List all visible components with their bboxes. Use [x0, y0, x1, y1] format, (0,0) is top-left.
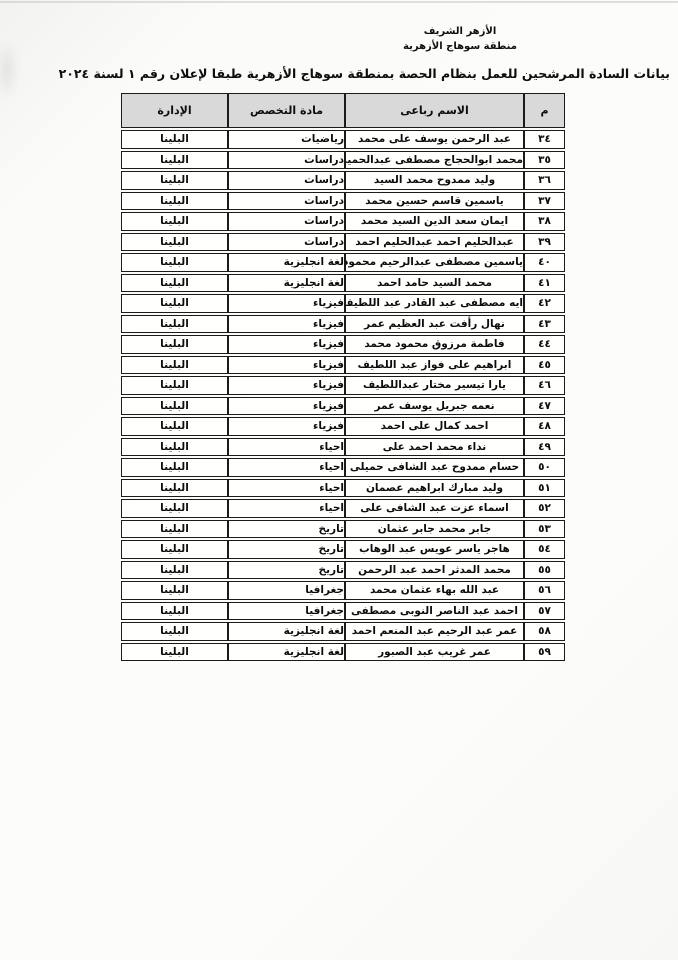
subject-cell: جغرافيا: [228, 581, 345, 600]
table-row: ٥٩ عمر غريب عبد الصبور لغة انجليزية البل…: [121, 643, 565, 662]
district-cell: البلينا: [121, 438, 228, 457]
serial-cell: ٤٩: [524, 438, 565, 457]
district-cell: البلينا: [121, 151, 228, 170]
table-row: ٥٥ محمد المدثر احمد عبد الرحمن تاريخ الب…: [121, 561, 565, 580]
table-row: ٤٩ نداء محمد احمد على احياء البلينا: [121, 438, 565, 457]
subject-cell: لغة انجليزية: [228, 274, 345, 293]
name-cell: عبدالحليم احمد عبدالحليم احمد: [345, 233, 524, 252]
subject-cell: تاريخ: [228, 520, 345, 539]
serial-cell: ٣٥: [524, 151, 565, 170]
district-cell: البلينا: [121, 417, 228, 436]
serial-cell: ٤٠: [524, 253, 565, 272]
subject-cell: رياضيات: [228, 130, 345, 149]
district-cell: البلينا: [121, 335, 228, 354]
name-cell: اسماء عزت عبد الشافى على: [345, 499, 524, 518]
table-row: ٥٣ جابر محمد جابر عثمان تاريخ البلينا: [121, 520, 565, 539]
table-row: ٥٢ اسماء عزت عبد الشافى على احياء البلين…: [121, 499, 565, 518]
name-cell: نعمه جبريل يوسف عمر: [345, 397, 524, 416]
district-cell: البلينا: [121, 458, 228, 477]
subject-cell: دراسات: [228, 212, 345, 231]
serial-cell: ٥٤: [524, 540, 565, 559]
serial-cell: ٤١: [524, 274, 565, 293]
district-cell: البلينا: [121, 581, 228, 600]
subject-cell: لغة انجليزية: [228, 253, 345, 272]
subject-cell: احياء: [228, 479, 345, 498]
name-cell: ابراهيم على فواز عبد اللطيف: [345, 356, 524, 375]
district-cell: البلينا: [121, 561, 228, 580]
table-row: ٤٢ ايه مصطفى عبد القادر عبد اللطيف فيزيا…: [121, 294, 565, 313]
name-cell: هاجر ياسر عويس عبد الوهاب: [345, 540, 524, 559]
table-row: ٥٨ عمر عبد الرحيم عبد المنعم احمد لغة ان…: [121, 622, 565, 641]
district-cell: البلينا: [121, 192, 228, 211]
name-cell: نداء محمد احمد على: [345, 438, 524, 457]
name-cell: جابر محمد جابر عثمان: [345, 520, 524, 539]
candidates-table: م الاسم رباعى مادة التخصص الإدارة ٣٤ عبد…: [121, 91, 565, 663]
table-row: ٣٤ عبد الرحمن يوسف على محمد رياضيات البل…: [121, 130, 565, 149]
name-cell: وليد ممدوح محمد السيد: [345, 171, 524, 190]
subject-cell: فيزياء: [228, 376, 345, 395]
district-cell: البلينا: [121, 212, 228, 231]
serial-cell: ٥٠: [524, 458, 565, 477]
table-row: ٣٦ وليد ممدوح محمد السيد دراسات البلينا: [121, 171, 565, 190]
name-cell: عبد الرحمن يوسف على محمد: [345, 130, 524, 149]
table-row: ٤٨ احمد كمال على احمد فيزياء البلينا: [121, 417, 565, 436]
column-header-subject: مادة التخصص: [228, 93, 345, 128]
name-cell: ياسمين قاسم حسين محمد: [345, 192, 524, 211]
column-header-district: الإدارة: [121, 93, 228, 128]
district-cell: البلينا: [121, 520, 228, 539]
table-row: ٥٤ هاجر ياسر عويس عبد الوهاب تاريخ البلي…: [121, 540, 565, 559]
district-cell: البلينا: [121, 479, 228, 498]
table-row: ٥٦ عبد الله بهاء عثمان محمد جغرافيا البل…: [121, 581, 565, 600]
name-cell: عمر غريب عبد الصبور: [345, 643, 524, 662]
name-cell: ايه مصطفى عبد القادر عبد اللطيف: [345, 294, 524, 313]
table-row: ٣٥ محمد ابوالحجاج مصطفى عبدالحميد دراسات…: [121, 151, 565, 170]
subject-cell: احياء: [228, 499, 345, 518]
district-cell: البلينا: [121, 315, 228, 334]
scanned-document-page: الأزهر الشريف منطقة سوهاج الأزهرية بيانا…: [0, 0, 678, 960]
serial-cell: ٤٤: [524, 335, 565, 354]
subject-cell: احياء: [228, 438, 345, 457]
serial-cell: ٤٦: [524, 376, 565, 395]
subject-cell: دراسات: [228, 171, 345, 190]
serial-cell: ٤٣: [524, 315, 565, 334]
name-cell: محمد المدثر احمد عبد الرحمن: [345, 561, 524, 580]
serial-cell: ٥٥: [524, 561, 565, 580]
subject-cell: دراسات: [228, 233, 345, 252]
subject-cell: لغة انجليزية: [228, 643, 345, 662]
district-cell: البلينا: [121, 253, 228, 272]
table-row: ٣٨ ايمان سعد الدين السيد محمد دراسات الب…: [121, 212, 565, 231]
serial-cell: ٤٥: [524, 356, 565, 375]
serial-cell: ٥٣: [524, 520, 565, 539]
subject-cell: فيزياء: [228, 315, 345, 334]
serial-cell: ٥٨: [524, 622, 565, 641]
table-row: ٤٥ ابراهيم على فواز عبد اللطيف فيزياء ال…: [121, 356, 565, 375]
document-title: بيانات السادة المرشحين للعمل بنظام الحصة…: [8, 66, 670, 81]
subject-cell: فيزياء: [228, 356, 345, 375]
district-cell: البلينا: [121, 274, 228, 293]
district-cell: البلينا: [121, 622, 228, 641]
serial-cell: ٣٨: [524, 212, 565, 231]
name-cell: يارا تيسير مختار عبداللطيف: [345, 376, 524, 395]
subject-cell: تاريخ: [228, 540, 345, 559]
table-header-row: م الاسم رباعى مادة التخصص الإدارة: [121, 93, 565, 128]
subject-cell: لغة انجليزية: [228, 622, 345, 641]
serial-cell: ٣٧: [524, 192, 565, 211]
name-cell: حسام ممدوح عبد الشافى حميلى: [345, 458, 524, 477]
name-cell: ياسمين مصطفى عبدالرحيم محمود: [345, 253, 524, 272]
region-name: منطقة سوهاج الأزهرية: [378, 39, 542, 54]
table-row: ٤٠ ياسمين مصطفى عبدالرحيم محمود لغة انجل…: [121, 253, 565, 272]
table-row: ٤١ محمد السيد حامد احمد لغة انجليزية الب…: [121, 274, 565, 293]
name-cell: عمر عبد الرحيم عبد المنعم احمد: [345, 622, 524, 641]
column-header-serial: م: [524, 93, 565, 128]
table-row: ٤٤ فاطمة مرزوق محمود محمد فيزياء البلينا: [121, 335, 565, 354]
name-cell: محمد ابوالحجاج مصطفى عبدالحميد: [345, 151, 524, 170]
name-cell: احمد كمال على احمد: [345, 417, 524, 436]
serial-cell: ٥٧: [524, 602, 565, 621]
org-name: الأزهر الشريف: [378, 24, 542, 39]
serial-cell: ٤٢: [524, 294, 565, 313]
table-row: ٤٦ يارا تيسير مختار عبداللطيف فيزياء الب…: [121, 376, 565, 395]
name-cell: ايمان سعد الدين السيد محمد: [345, 212, 524, 231]
name-cell: محمد السيد حامد احمد: [345, 274, 524, 293]
subject-cell: تاريخ: [228, 561, 345, 580]
serial-cell: ٤٧: [524, 397, 565, 416]
subject-cell: فيزياء: [228, 417, 345, 436]
serial-cell: ٥٦: [524, 581, 565, 600]
scan-edge-artifact: [0, 1, 678, 3]
serial-cell: ٣٦: [524, 171, 565, 190]
district-cell: البلينا: [121, 356, 228, 375]
serial-cell: ٥٩: [524, 643, 565, 662]
district-cell: البلينا: [121, 540, 228, 559]
district-cell: البلينا: [121, 294, 228, 313]
table-row: ٤٣ نهال رأفت عبد العظيم عمر فيزياء البلي…: [121, 315, 565, 334]
serial-cell: ٣٤: [524, 130, 565, 149]
district-cell: البلينا: [121, 376, 228, 395]
name-cell: احمد عبد الناصر النوبى مصطفى: [345, 602, 524, 621]
name-cell: نهال رأفت عبد العظيم عمر: [345, 315, 524, 334]
district-cell: البلينا: [121, 499, 228, 518]
table-row: ٥٧ احمد عبد الناصر النوبى مصطفى جغرافيا …: [121, 602, 565, 621]
serial-cell: ٥٢: [524, 499, 565, 518]
name-cell: وليد مبارك ابراهيم عصمان: [345, 479, 524, 498]
name-cell: عبد الله بهاء عثمان محمد: [345, 581, 524, 600]
subject-cell: دراسات: [228, 151, 345, 170]
district-cell: البلينا: [121, 130, 228, 149]
serial-cell: ٣٩: [524, 233, 565, 252]
subject-cell: فيزياء: [228, 294, 345, 313]
district-cell: البلينا: [121, 397, 228, 416]
name-cell: فاطمة مرزوق محمود محمد: [345, 335, 524, 354]
column-header-name: الاسم رباعى: [345, 93, 524, 128]
subject-cell: فيزياء: [228, 397, 345, 416]
organization-header: الأزهر الشريف منطقة سوهاج الأزهرية: [378, 24, 542, 54]
table-row: ٣٩ عبدالحليم احمد عبدالحليم احمد دراسات …: [121, 233, 565, 252]
subject-cell: دراسات: [228, 192, 345, 211]
district-cell: البلينا: [121, 602, 228, 621]
serial-cell: ٥١: [524, 479, 565, 498]
subject-cell: جغرافيا: [228, 602, 345, 621]
candidates-table-wrapper: م الاسم رباعى مادة التخصص الإدارة ٣٤ عبد…: [121, 91, 565, 663]
district-cell: البلينا: [121, 171, 228, 190]
subject-cell: فيزياء: [228, 335, 345, 354]
serial-cell: ٤٨: [524, 417, 565, 436]
table-row: ٥٠ حسام ممدوح عبد الشافى حميلى احياء الب…: [121, 458, 565, 477]
subject-cell: احياء: [228, 458, 345, 477]
table-row: ٥١ وليد مبارك ابراهيم عصمان احياء البلين…: [121, 479, 565, 498]
table-row: ٤٧ نعمه جبريل يوسف عمر فيزياء البلينا: [121, 397, 565, 416]
district-cell: البلينا: [121, 643, 228, 662]
table-row: ٣٧ ياسمين قاسم حسين محمد دراسات البلينا: [121, 192, 565, 211]
district-cell: البلينا: [121, 233, 228, 252]
